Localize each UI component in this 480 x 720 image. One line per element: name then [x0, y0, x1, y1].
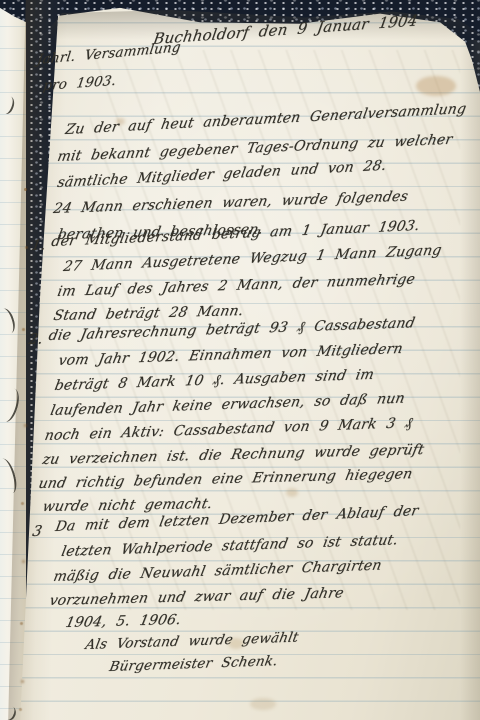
foxing-stain	[416, 76, 456, 96]
notebook-photo: Buchholdorf den 9 Januar 1904 Jahrl. Ver…	[0, 0, 480, 720]
foxing-stain	[286, 488, 298, 497]
page-right-edge-shade	[460, 40, 480, 720]
foxing-stain	[250, 698, 276, 710]
gutter-foxing-dots	[24, 188, 27, 191]
item-3-line: 1904, 5. 1906.	[64, 612, 182, 631]
